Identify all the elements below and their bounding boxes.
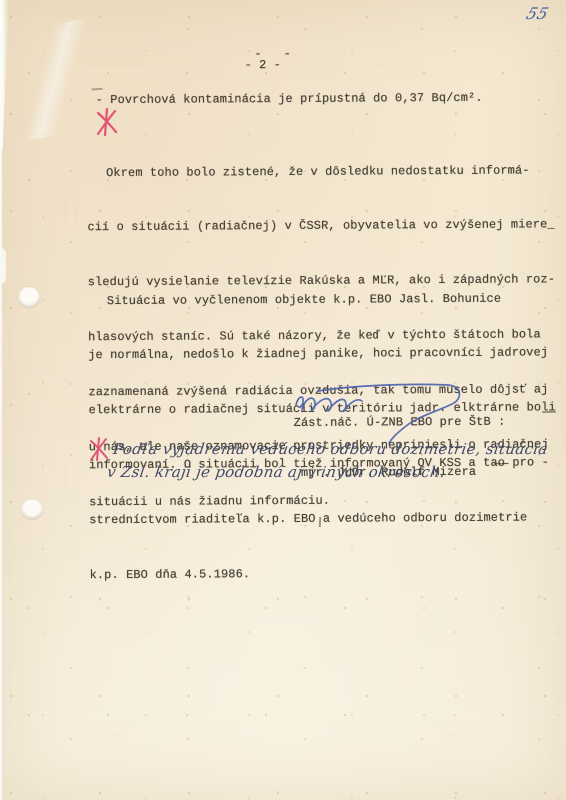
scanned-page: 55 - - - 2 - - Povrchová kontaminácia je…: [0, 0, 566, 800]
typewriter-overstrike-mark: [92, 88, 103, 91]
contamination-line: - Povrchová kontaminácia je prípustná do…: [96, 91, 483, 107]
handwritten-note-line-2: v Zsl. kraji je podobná aj v iných okres…: [106, 463, 446, 481]
typed-line: k.p. EBO dňa 4.5.1986.: [90, 563, 557, 584]
red-asterisk-mark-top: [94, 107, 120, 137]
typed-text-layer: - - - 2 - - Povrchová kontaminácia je pr…: [0, 0, 566, 800]
typed-line: Okrem toho bolo zistené, že v dôsledku n…: [87, 161, 554, 182]
typed-line: Situácia vo vyčlenenom objekte k.p. EBO …: [88, 289, 555, 310]
page-header-number: - 2 -: [244, 58, 281, 72]
handwritten-note-line-1: Podľa vyjadrenia vedúceho odboru dozimet…: [112, 440, 549, 458]
typed-line: cií o situácii (radiačnej) v ČSSR, obyva…: [87, 216, 554, 237]
red-asterisk-mark-note: [88, 436, 110, 462]
typed-line: je normálna, nedošlo k žiadnej panike, h…: [88, 344, 555, 365]
handwritten-signature: [288, 374, 478, 449]
